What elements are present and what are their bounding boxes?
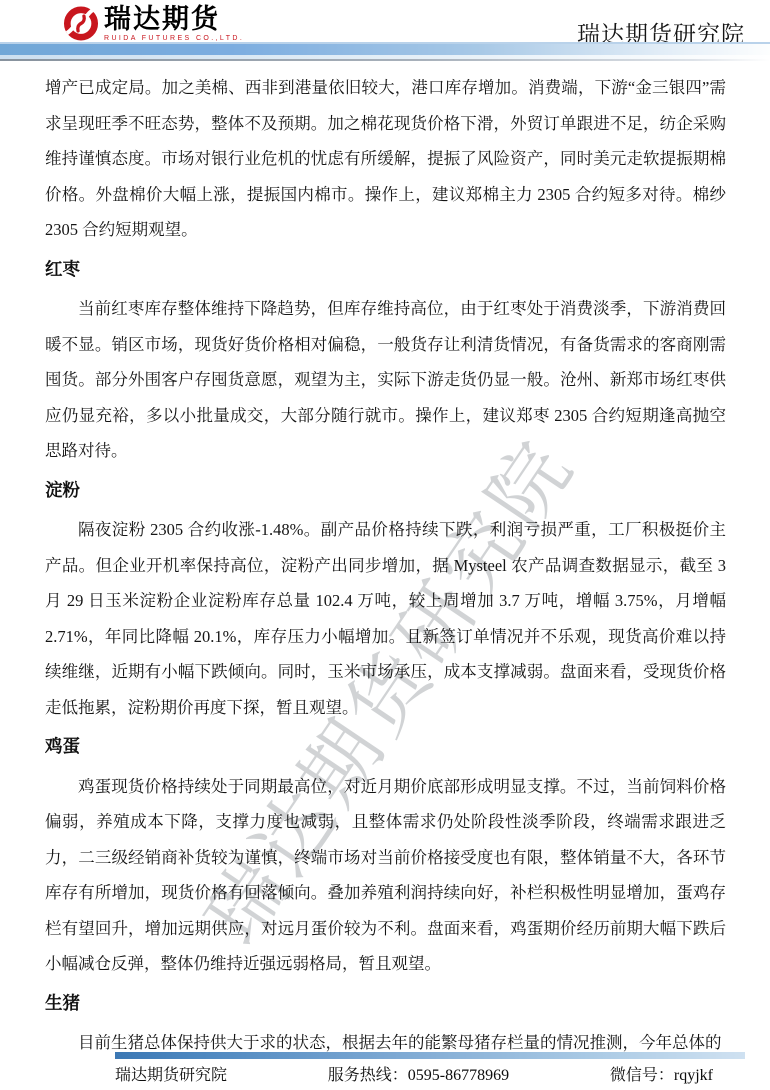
footer-hotline: 服务热线：0595-86778969 (328, 1064, 509, 1088)
section-body-eggs: 鸡蛋现货价格持续处于同期最高位，对近月期价底部形成明显支撑。不过，当前饲料价格偏… (45, 769, 726, 982)
footer-institute: 瑞达期货研究院 (115, 1064, 227, 1088)
section-body-starch: 隔夜淀粉 2305 合约收涨-1.48%。副产品价格持续下跌，利润亏损严重，工厂… (45, 512, 726, 725)
section-body-red-dates: 当前红枣库存整体维持下降趋势，但库存维持高位，由于红枣处于消费淡季，下游消费回暖… (45, 291, 726, 469)
cotton-paragraph-continuation: 增产已成定局。加之美棉、西非到港量依旧较大，港口库存增加。消费端，下游“金三银四… (45, 70, 726, 248)
header-divider-bar-main (0, 42, 770, 55)
brand-name-en: RUIDA FUTURES CO.,LTD. (104, 35, 244, 42)
header-divider-bar-rule (0, 59, 770, 61)
header-divider-bar (0, 42, 770, 61)
footer: 瑞达期货研究院 服务热线：0595-86778969 微信号：rqyjkf (115, 1064, 713, 1088)
footer-wechat: 微信号：rqyjkf (610, 1064, 713, 1088)
section-heading-starch: 淀粉 (45, 473, 726, 509)
brand-name-cn: 瑞达期货 (104, 5, 244, 34)
report-body: 增产已成定局。加之美棉、西非到港量依旧较大，港口库存增加。消费端，下游“金三银四… (45, 70, 726, 1061)
ruida-swirl-icon (62, 5, 100, 42)
section-heading-hogs: 生猪 (45, 986, 726, 1022)
section-heading-red-dates: 红枣 (45, 252, 726, 288)
report-page: 瑞达期货 RUIDA FUTURES CO.,LTD. 瑞达期货研究院 瑞达期货… (0, 0, 770, 1090)
section-heading-eggs: 鸡蛋 (45, 729, 726, 765)
company-logo: 瑞达期货 RUIDA FUTURES CO.,LTD. (62, 5, 244, 42)
brand-text-block: 瑞达期货 RUIDA FUTURES CO.,LTD. (104, 5, 244, 42)
section-body-hogs: 目前生猪总体保持供大于求的状态，根据去年的能繁母猪存栏量的情况推测，今年总体的 (45, 1025, 726, 1061)
